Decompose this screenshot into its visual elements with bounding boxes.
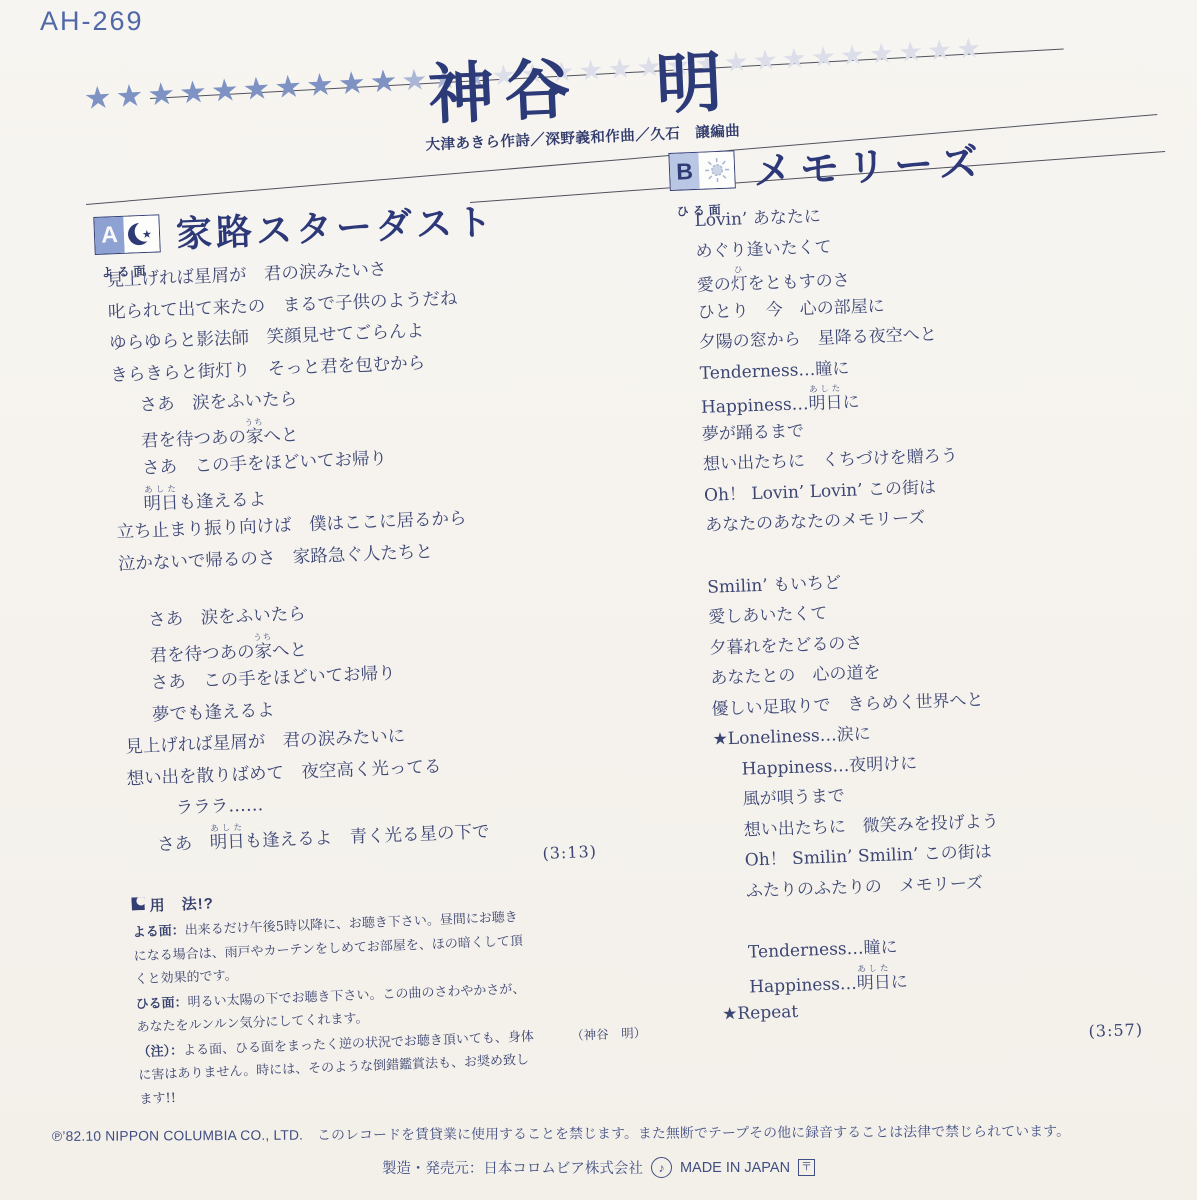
star-icon: ★	[210, 71, 240, 111]
side-a-title: 家路スターダスト	[175, 194, 497, 258]
manufacturer-text: 製造・発売元：日本コロムビア株式会社	[382, 1157, 643, 1178]
side-b-label-boxes: B	[668, 150, 735, 191]
side-b-label: B	[669, 153, 699, 190]
manufacturer-line: 製造・発売元：日本コロムビア株式会社 ♪ MADE IN JAPAN 〒	[0, 1157, 1197, 1178]
svg-text:★: ★	[141, 228, 151, 240]
usage-heading: 用 法!?	[149, 892, 214, 916]
usage-lines: よる面：出来るだけ午後5時以降に、お聴き下さい。昼間にお聴きになる場合は、雨戸や…	[132, 900, 644, 1111]
side-b-lyrics: Lovin’ あなたにめぐり逢いたくて愛の灯ひをともすのさひとり 今 心の部屋に…	[694, 189, 1197, 1030]
star-icon: ★	[305, 66, 335, 106]
star-icon: ★	[178, 73, 208, 113]
artist-name: 神谷 明	[426, 28, 734, 137]
star-icon: ★	[752, 41, 779, 80]
star-icon: ★	[810, 38, 837, 77]
star-icon: ★	[868, 34, 895, 73]
copyright-line: ℗’82.10 NIPPON COLUMBIA CO., LTD. このレコード…	[52, 1119, 1182, 1145]
crescent-moon-star-icon: ★	[123, 215, 159, 252]
moon-square-icon	[131, 897, 145, 915]
star-icon: ★	[781, 39, 808, 78]
star-icon: ★	[926, 31, 953, 70]
star-icon: ★	[955, 29, 982, 68]
side-b-column: Lovin’ あなたにめぐり逢いたくて愛の灯ひをともすのさひとり 今 心の部屋に…	[694, 189, 1197, 1053]
made-in-japan-text: MADE IN JAPAN	[680, 1160, 790, 1176]
side-a-column: 見上げれば星屑が 君の涙みたいさ叱られて出て来たの まるで子供のようだねゆらゆら…	[106, 244, 685, 1111]
note-glyph: ♪	[658, 1161, 664, 1175]
columbia-note-icon: ♪	[651, 1157, 672, 1178]
usage-signature: （神谷 明）	[571, 1023, 647, 1044]
side-b-title: メモリーズ	[752, 131, 987, 196]
star-icon: ★	[839, 36, 866, 75]
star-icon: ★	[897, 33, 924, 72]
side-a-label: A	[94, 216, 124, 253]
star-icon: ★	[83, 78, 113, 118]
usage-note: 用 法!? よる面：出来るだけ午後5時以降に、お聴き下さい。昼間にお聴きになる場…	[131, 875, 644, 1111]
star-icon: ★	[369, 62, 399, 102]
sun-icon	[698, 151, 734, 188]
side-a-lyrics: 見上げれば星屑が 君の涙みたいさ叱られて出て来たの まるで子供のようだねゆらゆら…	[106, 244, 674, 858]
side-a-label-boxes: A ★	[93, 214, 160, 255]
star-icon: ★	[146, 75, 176, 115]
star-icon: ★	[400, 61, 428, 100]
star-icon: ★	[115, 77, 145, 117]
star-icon: ★	[273, 67, 303, 107]
postal-mark-icon: 〒	[798, 1159, 815, 1176]
star-icon: ★	[242, 69, 272, 109]
star-icon: ★	[337, 64, 367, 104]
catalog-number: AH-269	[40, 6, 144, 37]
record-sleeve-back: AH-269 ★★★★★★★★★★★★★★★★★★★★★★★★★★★★★★ 神谷…	[0, 0, 1197, 1200]
